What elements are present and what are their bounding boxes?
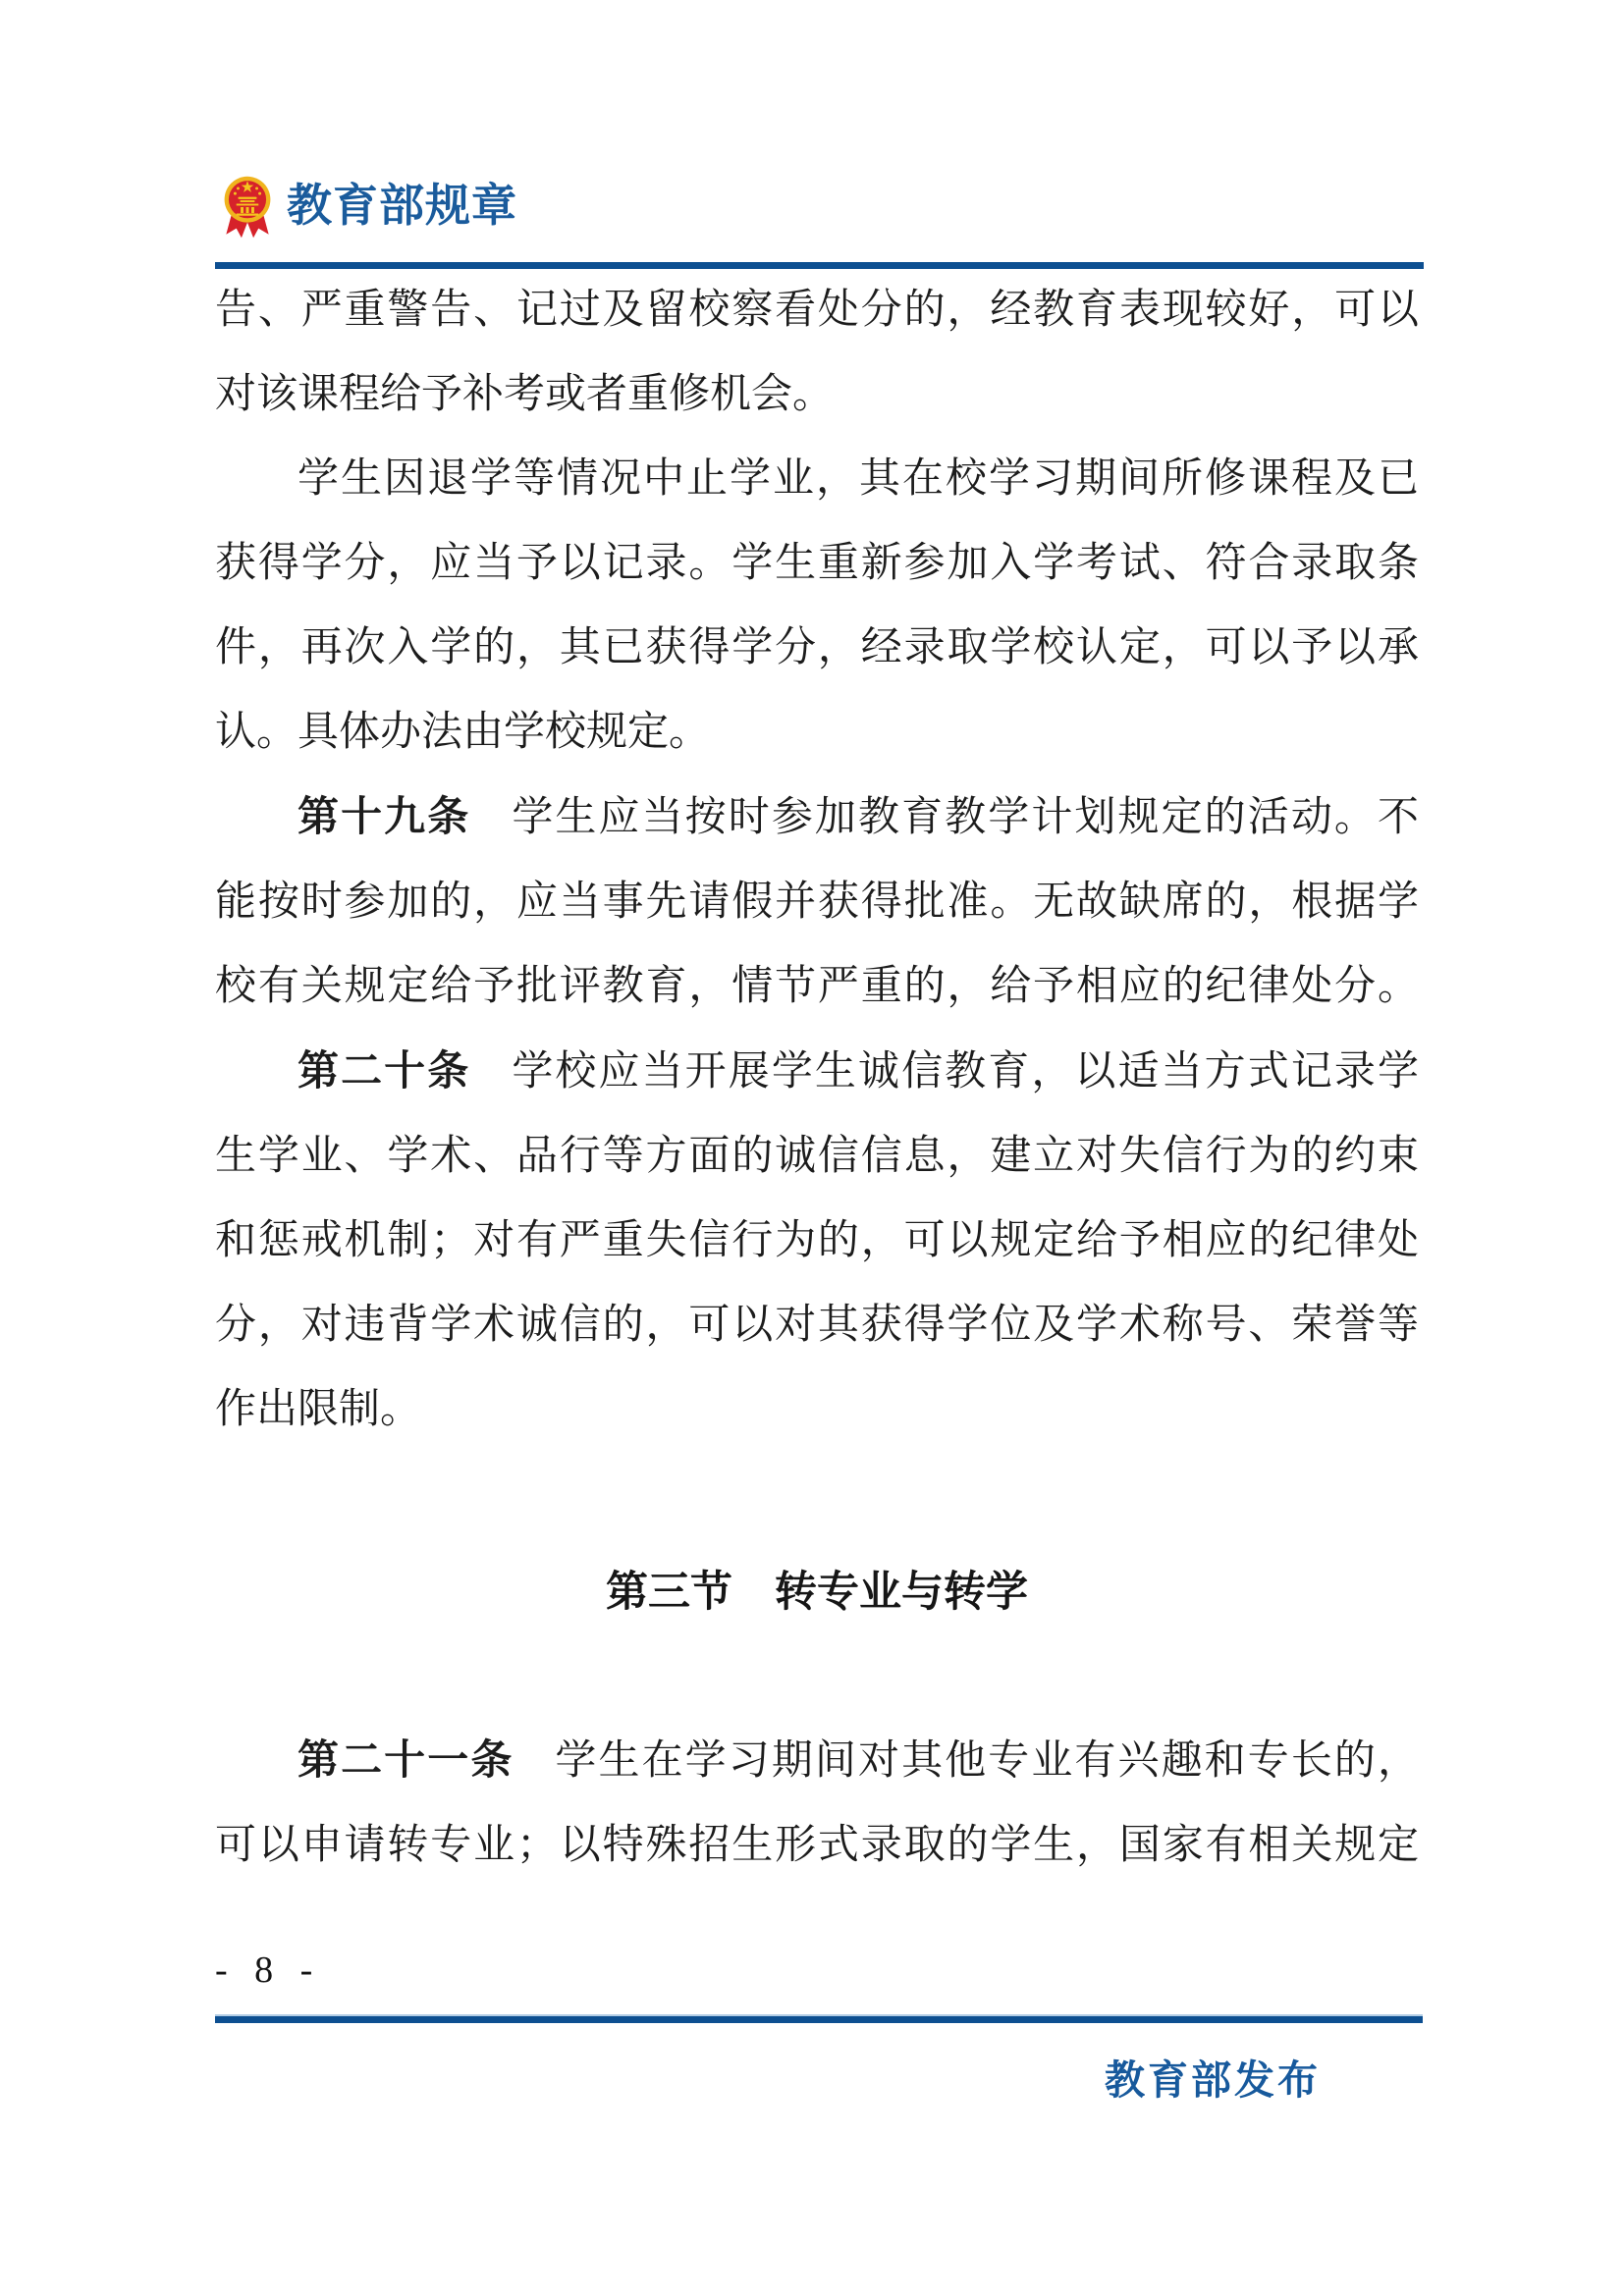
body-line: 告、严重警告、记过及留校察看处分的，经教育表现较好，可以 xyxy=(215,268,1419,352)
body-line: 认。具体办法由学校规定。 xyxy=(215,690,1419,774)
body-line-text: 学校应当开展学生诚信教育，以适当方式记录学 xyxy=(512,1049,1419,1095)
national-emblem-icon xyxy=(222,173,273,241)
body-line: 对该课程给予补考或者重修机会。 xyxy=(215,352,1419,437)
body-line: 学生因退学等情况中止学业，其在校学习期间所修课程及已 xyxy=(215,437,1419,521)
body-line: 能按时参加的，应当事先请假并获得批准。无故缺席的，根据学 xyxy=(215,860,1419,944)
body-line: 第二十条学校应当开展学生诚信教育，以适当方式记录学 xyxy=(215,1029,1419,1114)
body-line: 和惩戒机制；对有严重失信行为的，可以规定给予相应的纪律处 xyxy=(215,1199,1419,1283)
publisher-label: 教育部发布 xyxy=(215,2056,1321,2105)
body-line: 获得学分，应当予以记录。学生重新参加入学考试、符合录取条 xyxy=(215,521,1419,606)
document-body: 告、严重警告、记过及留校察看处分的，经教育表现较好，可以 对该课程给予补考或者重… xyxy=(215,268,1419,1888)
body-line: 作出限制。 xyxy=(215,1367,1419,1452)
body-line: 分，对违背学术诚信的，可以对其获得学位及学术称号、荣誉等 xyxy=(215,1283,1419,1367)
body-line-text: 学生应当按时参加教育教学计划规定的活动。不 xyxy=(512,795,1419,840)
footer-rule xyxy=(215,2016,1423,2023)
body-line: 可以申请转专业；以特殊招生形式录取的学生，国家有相关规定 xyxy=(215,1803,1419,1888)
header-title: 教育部规章 xyxy=(287,179,517,234)
document-page: 教育部规章 告、严重警告、记过及留校察看处分的，经教育表现较好，可以 对该课程给… xyxy=(0,0,1624,2296)
body-line: 第十九条学生应当按时参加教育教学计划规定的活动。不 xyxy=(215,774,1419,860)
article-number-label: 第二十一条 xyxy=(298,1736,514,1783)
article-number-label: 第二十条 xyxy=(298,1047,470,1094)
body-line: 件，再次入学的，其已获得学分，经录取学校认定，可以予以承 xyxy=(215,606,1419,690)
body-line: 第二十一条学生在学习期间对其他专业有兴趣和专长的， xyxy=(215,1718,1419,1803)
body-line: 校有关规定给予批评教育，情节严重的，给予相应的纪律处分。 xyxy=(215,944,1419,1029)
body-line-text: 学生在学习期间对其他专业有兴趣和专长的， xyxy=(555,1738,1419,1784)
article-number-label: 第十九条 xyxy=(298,793,470,839)
body-line: 生学业、学术、品行等方面的诚信信息，建立对失信行为的约束 xyxy=(215,1114,1419,1199)
page-number: - 8 - xyxy=(215,1949,321,1992)
section-heading: 第三节 转专业与转学 xyxy=(215,1550,1419,1634)
